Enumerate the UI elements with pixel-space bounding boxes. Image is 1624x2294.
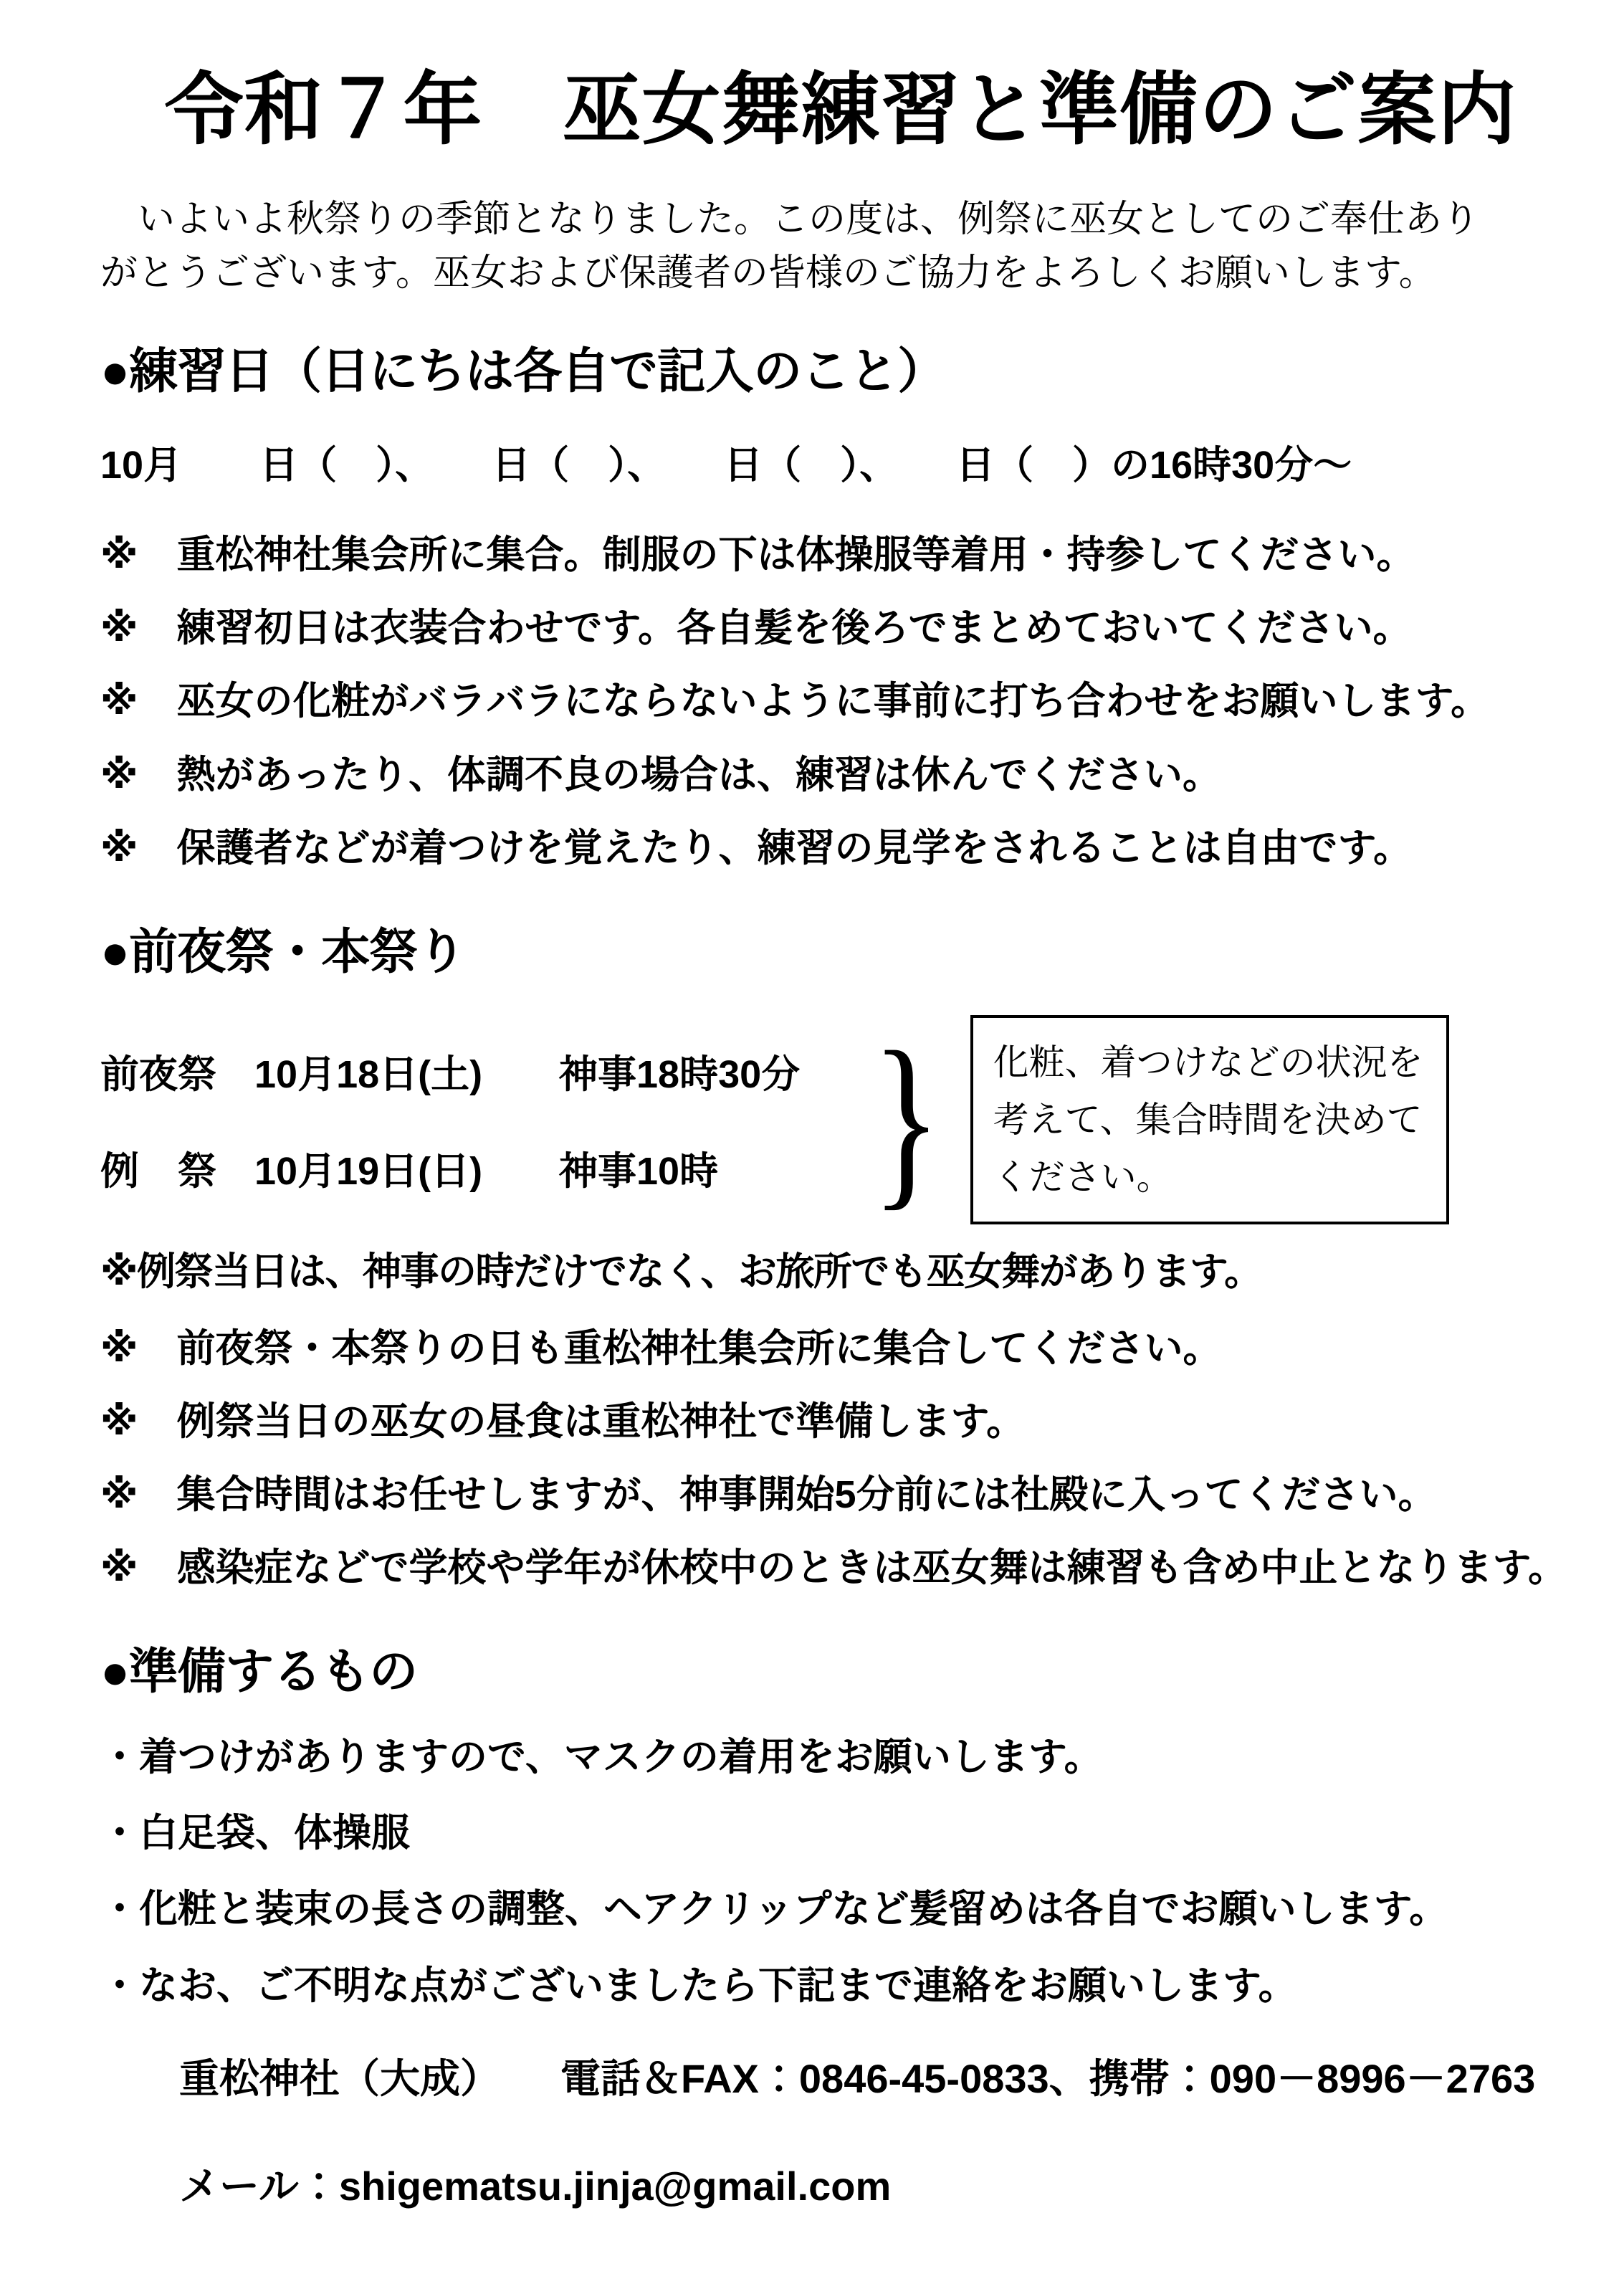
intro-line: がとうございます。巫女および保護者の皆様のご協力をよろしくお願いします。	[100, 247, 1581, 300]
festival-event-lines: 前夜祭 10月18日(土) 神事18時30分 例 祭 10月19日(日) 神事1…	[100, 1044, 860, 1196]
festival-note: ※ 感染症などで学校や学年が休校中のときは巫女舞は練習も含め中止となります。	[100, 1546, 1581, 1590]
meeting-time-box: 化粧、着つけなどの状況を考えて、集合時間を決めてください。	[970, 1015, 1449, 1224]
practice-note: ※ 巫女の化粧がバラバラにならないように事前に打ち合わせをお願いします。	[100, 679, 1581, 723]
event-date: 10月18日(土)	[254, 1044, 559, 1099]
section-preparation: ●準備するもの ・着つけがありますので、マスクの着用をお願いします。 ・白足袋、…	[100, 1633, 1581, 2007]
festival-note: ※ 集合時間はお任せしますが、神事開始5分前には社殿に入ってください。	[100, 1472, 1581, 1517]
practice-note: ※ 保護者などが着つけを覚えたり、練習の見学をされることは自由です。	[100, 826, 1581, 870]
festival-bold-note: ※例祭当日は、神事の時だけでなく、お旅所でも巫女舞があります。	[100, 1250, 1581, 1294]
festival-schedule-row: 前夜祭 10月18日(土) 神事18時30分 例 祭 10月19日(日) 神事1…	[100, 1015, 1581, 1224]
section-practice-heading: ●練習日（日にちは各自で記入のこと）	[100, 333, 1581, 402]
document-page: 令和７年 巫女舞練習と準備のご案内 いよいよ秋祭りの季節となりました。この度は、…	[0, 0, 1624, 2294]
section-festival: ●前夜祭・本祭り 前夜祭 10月18日(土) 神事18時30分 例 祭 10月1…	[100, 913, 1581, 1590]
event-label: 例 祭	[100, 1141, 254, 1196]
section-preparation-heading: ●準備するもの	[100, 1633, 1581, 1703]
section-festival-heading: ●前夜祭・本祭り	[100, 913, 1581, 983]
festival-note: ※ 前夜祭・本祭りの日も重松神社集会所に集合してください。	[100, 1326, 1581, 1371]
event-time: 神事10時	[559, 1141, 860, 1196]
practice-note: ※ 練習初日は衣装合わせです。各自髪を後ろでまとめておいてください。	[100, 606, 1581, 650]
preparation-item: ・白足袋、体操服	[100, 1811, 1581, 1855]
preparation-item: ・なお、ご不明な点がございましたら下記まで連絡をお願いします。	[100, 1964, 1581, 2008]
page-title: 令和７年 巫女舞練習と準備のご案内	[100, 57, 1581, 164]
section-practice: ●練習日（日にちは各自で記入のこと） 10月 日（ ）、 日（ ）、 日（ ）、…	[100, 333, 1581, 870]
event-time: 神事18時30分	[559, 1044, 860, 1099]
preparation-item: ・化粧と装束の長さの調整、ヘアクリップなど髪留めは各自でお願いします。	[100, 1887, 1581, 1931]
practice-note: ※ 熱があったり、体調不良の場合は、練習は休んでください。	[100, 753, 1581, 797]
festival-event-eve: 前夜祭 10月18日(土) 神事18時30分	[100, 1044, 860, 1099]
festival-note: ※ 例祭当日の巫女の昼食は重松神社で準備します。	[100, 1399, 1581, 1444]
contact-email-line: メール：shigematsu.jinja@gmail.com	[179, 2155, 1581, 2212]
preparation-item: ・着つけがありますので、マスクの着用をお願いします。	[100, 1735, 1581, 1779]
contact-phone-line: 重松神社（大成） 電話＆FAX：0846-45-0833、携帯：090－8996…	[179, 2047, 1581, 2105]
contact-block: 重松神社（大成） 電話＆FAX：0846-45-0833、携帯：090－8996…	[179, 2047, 1581, 2212]
practice-schedule-line: 10月 日（ ）、 日（ ）、 日（ ）、 日（ ）の16時30分～	[100, 434, 1581, 490]
curly-brace-glyph: }	[871, 1028, 941, 1212]
intro-paragraph: いよいよ秋祭りの季節となりました。この度は、例祭に巫女としてのご奉仕あり がとう…	[100, 193, 1581, 301]
event-date: 10月19日(日)	[254, 1141, 559, 1196]
event-label: 前夜祭	[100, 1044, 254, 1099]
intro-line: いよいよ秋祭りの季節となりました。この度は、例祭に巫女としてのご奉仕あり	[100, 193, 1581, 247]
festival-event-main: 例 祭 10月19日(日) 神事10時	[100, 1141, 860, 1196]
practice-note: ※ 重松神社集会所に集合。制服の下は体操服等着用・持参してください。	[100, 533, 1581, 577]
